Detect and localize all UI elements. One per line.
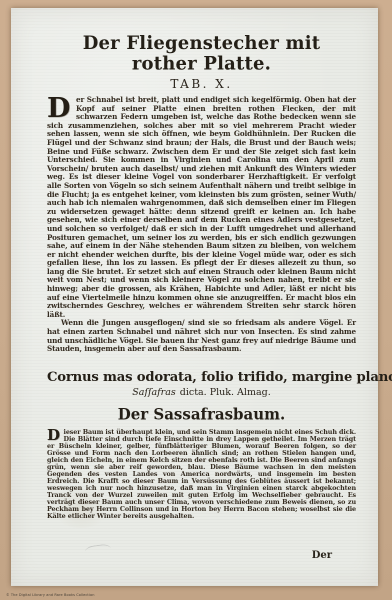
page-content: Der Fliegenstecher mit rother Platte. TA… — [47, 34, 356, 561]
document-page: Der Fliegenstecher mit rother Platte. TA… — [11, 8, 378, 586]
bird-paragraph-2: Wenn die Jungen ausgeflogen/ sind sie so… — [47, 319, 356, 353]
latin-name-citation: Saſſafras dicta. Pluk. Almag. — [47, 387, 356, 398]
tree-paragraph: Dieser Baum ist überhaupt klein, und sei… — [47, 429, 356, 520]
tree-paragraph-text: ieser Baum ist überhaupt klein, und sein… — [47, 428, 356, 520]
plate-number-label: TAB. X. — [47, 77, 356, 91]
page-title: Der Fliegenstecher mit rother Platte. — [47, 33, 356, 75]
footer-credit: © The Digital Library and Rare Books Col… — [6, 593, 95, 597]
drop-cap-initial-2: D — [47, 429, 62, 442]
latin-citation-rest: dicta. Pluk. Almag. — [177, 387, 271, 398]
drop-cap-initial: D — [47, 96, 74, 121]
bird-paragraph-1: Der Schnabel ist breit, platt und endige… — [47, 96, 356, 319]
latin-name-heading: Cornus mas odorata, folio trifido, margi… — [47, 370, 356, 385]
latin-sassafras-italic: Saſſafras — [132, 387, 175, 398]
bird-paragraph-1-text: er Schnabel ist breit, platt und endiget… — [47, 95, 356, 319]
section-heading-sassafras: Der Sassafrasbaum. — [47, 405, 356, 422]
